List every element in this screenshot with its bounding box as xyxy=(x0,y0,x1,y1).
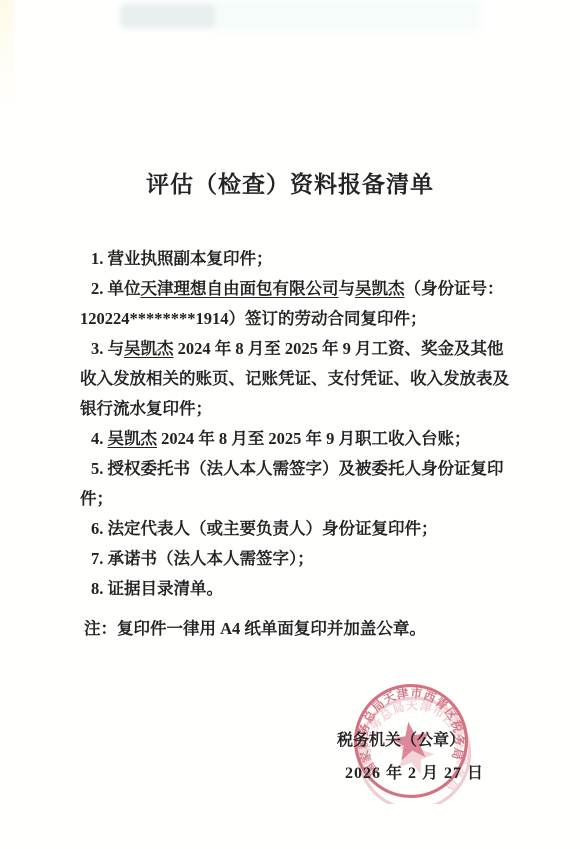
list-item: 5. 授权委托书（法人本人需签字）及被委托人身份证复印件； xyxy=(80,454,512,514)
signature-date-line: 2026 年 2 月 27 日 xyxy=(345,760,484,783)
underlined-name-text: 吴凯杰 xyxy=(124,339,174,358)
scan-artifact xyxy=(120,4,215,28)
signature-agency-line: 税务机关（公章） xyxy=(337,727,465,750)
scan-artifact xyxy=(210,0,480,30)
underlined-name-text: 天津理想自由面包有限公司 xyxy=(141,279,339,298)
page-title: 评估（检查）资料报备清单 xyxy=(0,166,580,199)
underlined-name-text: 吴凯杰 xyxy=(108,429,158,448)
scan-artifact xyxy=(0,0,14,110)
item-text: 5. 授权委托书（法人本人需签字）及被委托人身份证复印件； xyxy=(80,459,504,508)
item-text: 4. xyxy=(91,429,108,448)
list-item: 8. 证据目录清单。 xyxy=(80,574,512,604)
footnote: 注：复印件一律用 A4 纸单面复印并加盖公章。 xyxy=(84,616,524,642)
item-text: 3. 与 xyxy=(91,339,124,358)
underlined-name-text: 吴凯杰 xyxy=(355,279,405,298)
list-item: 6. 法定代表人（或主要负责人）身份证复印件； xyxy=(80,514,512,544)
list-item: 3. 与吴凯杰 2024 年 8 月至 2025 年 9 月工资、奖金及其他收入… xyxy=(80,334,512,424)
document-page: 评估（检查）资料报备清单 1. 营业执照副本复印件；2. 单位天津理想自由面包有… xyxy=(0,0,580,849)
item-text: 6. 法定代表人（或主要负责人）身份证复印件； xyxy=(91,519,438,538)
item-text: 2024 年 8 月至 2025 年 9 月职工收入台账； xyxy=(157,429,471,448)
item-list: 1. 营业执照副本复印件；2. 单位天津理想自由面包有限公司与吴凯杰（身份证号：… xyxy=(80,244,512,604)
list-item: 7. 承诺书（法人本人需签字）； xyxy=(80,544,512,574)
item-text: 2. 单位 xyxy=(91,279,141,298)
item-text: 7. 承诺书（法人本人需签字）； xyxy=(91,549,314,568)
list-item: 2. 单位天津理想自由面包有限公司与吴凯杰（身份证号：120224*******… xyxy=(80,274,512,334)
item-text: 1. 营业执照副本复印件； xyxy=(91,249,273,268)
list-item: 4. 吴凯杰 2024 年 8 月至 2025 年 9 月职工收入台账； xyxy=(80,424,512,454)
item-text: 与 xyxy=(339,279,356,298)
item-text: 8. 证据目录清单。 xyxy=(91,579,223,598)
list-item: 1. 营业执照副本复印件； xyxy=(80,244,512,274)
